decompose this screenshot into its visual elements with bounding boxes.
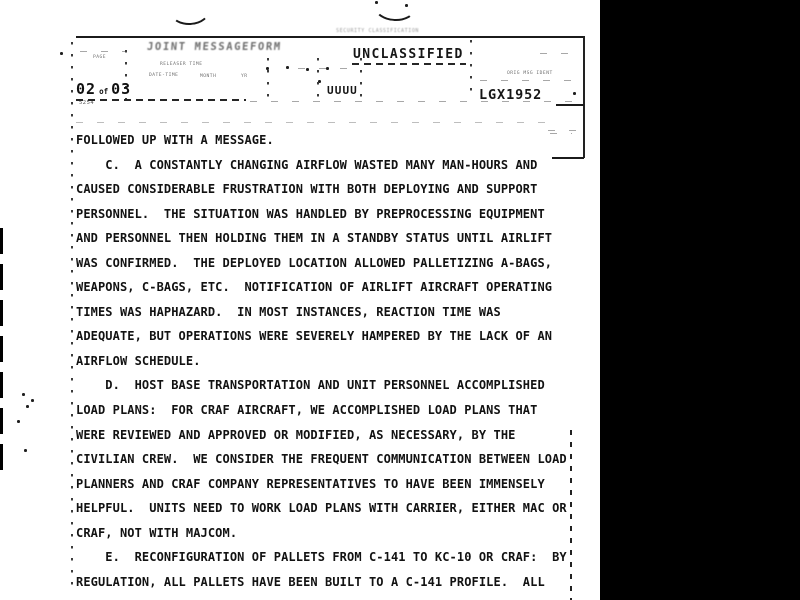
scanned-document-page: SECURITY CLASSIFICATION JOINT MESSAGEFOR… — [0, 0, 800, 600]
message-line: D. HOST BASE TRANSPORTATION AND UNIT PER… — [76, 373, 596, 398]
message-line: FOLLOWED UP WITH A MESSAGE. — [76, 128, 596, 153]
form-cell-divider — [470, 40, 472, 99]
message-line: WEAPONS, C-BAGS, ETC. NOTIFICATION OF AI… — [76, 275, 596, 300]
message-line: E. RECONFIGURATION OF PALLETS FROM C-141… — [76, 545, 596, 570]
scan-speck — [17, 420, 20, 423]
date-time-label: DATE-TIME — [149, 73, 178, 78]
message-line: WAS CONFIRMED. THE DEPLOYED LOCATION ALL… — [76, 251, 596, 276]
scan-dash — [80, 51, 126, 52]
message-line: HELPFUL. UNITS NEED TO WORK LOAD PLANS W… — [76, 496, 596, 521]
message-line: CIVILIAN CREW. WE CONSIDER THE FREQUENT … — [76, 447, 596, 472]
form-cell-divider — [317, 58, 319, 99]
scan-speck — [326, 67, 329, 70]
scan-dash — [540, 53, 574, 54]
page-value: 02 of 03 — [76, 80, 131, 98]
message-line: AIRFLOW SCHEDULE. — [76, 349, 596, 374]
punch-hole-mark — [169, 0, 211, 26]
scan-speck — [375, 1, 378, 4]
page-label: PAGE — [93, 55, 106, 60]
scan-speck — [22, 393, 25, 396]
scan-speck — [405, 4, 408, 7]
form-top-border — [76, 36, 585, 38]
form-bottom-border — [76, 99, 246, 101]
releaser-time-label: RELEASER TIME — [160, 62, 202, 67]
message-line: CAUSED CONSIDERABLE FRUSTRATION WITH BOT… — [76, 177, 596, 202]
scan-speck — [60, 52, 63, 55]
left-margin-dotted-line — [71, 42, 73, 594]
scan-dash — [480, 80, 580, 81]
message-line: ADEQUATE, BUT OPERATIONS WERE SEVERELY H… — [76, 324, 596, 349]
scan-speck — [24, 449, 27, 452]
year-label: YR — [241, 74, 248, 79]
form-right-tick — [556, 104, 584, 106]
message-line: REGULATION, ALL PALLETS HAVE BEEN BUILT … — [76, 570, 596, 595]
classification-code: UUUU — [327, 84, 358, 97]
page-total: 03 — [111, 80, 131, 98]
security-classification-label: SECURITY CLASSIFICATION — [336, 28, 419, 34]
scan-dash — [76, 122, 556, 123]
message-line: PERSONNEL. THE SITUATION WAS HANDLED BY … — [76, 202, 596, 227]
message-line: C. A CONSTANTLY CHANGING AIRFLOW WASTED … — [76, 153, 596, 178]
form-cell-divider — [360, 58, 362, 99]
scan-speck — [306, 68, 309, 71]
message-line: LOAD PLANS: FOR CRAF AIRCRAFT, WE ACCOMP… — [76, 398, 596, 423]
form-cell-divider — [267, 58, 269, 99]
classification-stamp: UNCLASSIFIED — [353, 47, 464, 62]
month-label: MONTH — [200, 74, 216, 79]
form-title: JOINT MESSAGEFORM — [147, 41, 283, 53]
message-line: PLANNERS AND CRAF COMPANY REPRESENTATIVE… — [76, 472, 596, 497]
page-of: of — [99, 87, 108, 96]
scan-speck — [286, 66, 289, 69]
scan-speck — [31, 399, 34, 402]
message-line: CRAF, NOT WITH MAJCOM. — [76, 521, 596, 546]
scan-speck — [573, 92, 576, 95]
orig-msg-ident-label: ORIG MSG IDENT — [507, 71, 553, 76]
message-body: FOLLOWED UP WITH A MESSAGE. C. A CONSTAN… — [76, 128, 596, 594]
message-line: AND PERSONNEL THEN HOLDING THEM IN A STA… — [76, 226, 596, 251]
page-edge-mark — [0, 228, 3, 470]
page-number: 02 — [76, 80, 96, 98]
scanner-dark-margin — [600, 0, 800, 600]
message-line: TIMES WAS HAPHAZARD. IN MOST INSTANCES, … — [76, 300, 596, 325]
punch-hole-mark — [373, 0, 416, 22]
stamp-underline — [352, 63, 466, 65]
scan-speck — [26, 405, 29, 408]
message-line: WERE REVIEWED AND APPROVED OR MODIFIED, … — [76, 423, 596, 448]
form-bottom-border — [250, 101, 584, 102]
form-number: 5254 — [79, 100, 94, 106]
